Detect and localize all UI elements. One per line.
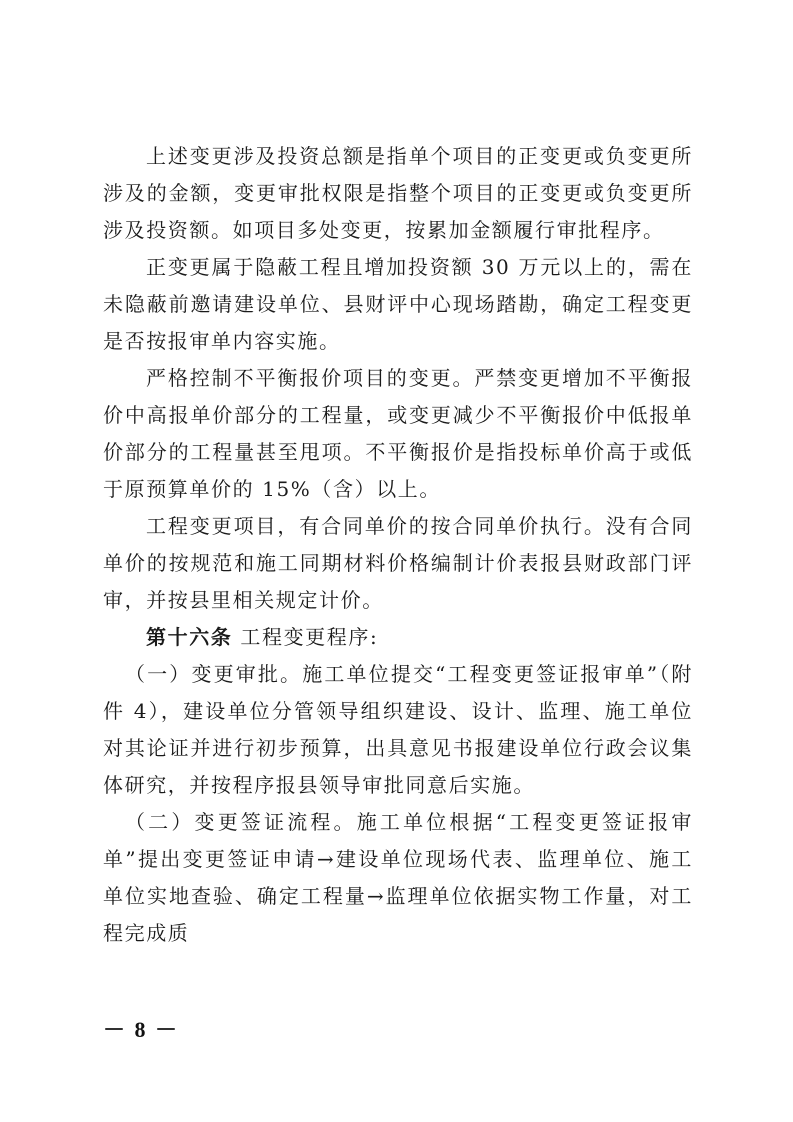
- document-page-body: 上述变更涉及投资总额是指单个项目的正变更或负变更所涉及的金额，变更审批权限是指整…: [103, 138, 693, 952]
- paragraph-change-approval: （一）变更审批。施工单位提交“工程变更签证报审单”（附件 4），建设单位分管领导…: [103, 656, 693, 804]
- paragraph-concealed-works: 正变更属于隐蔽工程且增加投资额 30 万元以上的，需在未隐蔽前邀请建设单位、县财…: [103, 249, 693, 360]
- page-number: － 8 －: [103, 1013, 179, 1044]
- paragraph-unbalanced-bid: 严格控制不平衡报价项目的变更。严禁变更增加不平衡报价中高报单价部分的工程量，或变…: [103, 360, 693, 508]
- article-title: 工程变更程序:: [232, 625, 378, 649]
- paragraph-change-visa-process: （二）变更签证流程。施工单位根据“工程变更签证报审单”提出变更签证申请→建设单位…: [103, 804, 693, 952]
- article-number: 第十六条: [146, 625, 232, 649]
- article-heading-16: 第十六条 工程变更程序:: [103, 619, 693, 656]
- paragraph-unit-price: 工程变更项目，有合同单价的按合同单价执行。没有合同单价的按规范和施工同期材料价格…: [103, 508, 693, 619]
- paragraph-investment-amount-definition: 上述变更涉及投资总额是指单个项目的正变更或负变更所涉及的金额，变更审批权限是指整…: [103, 138, 693, 249]
